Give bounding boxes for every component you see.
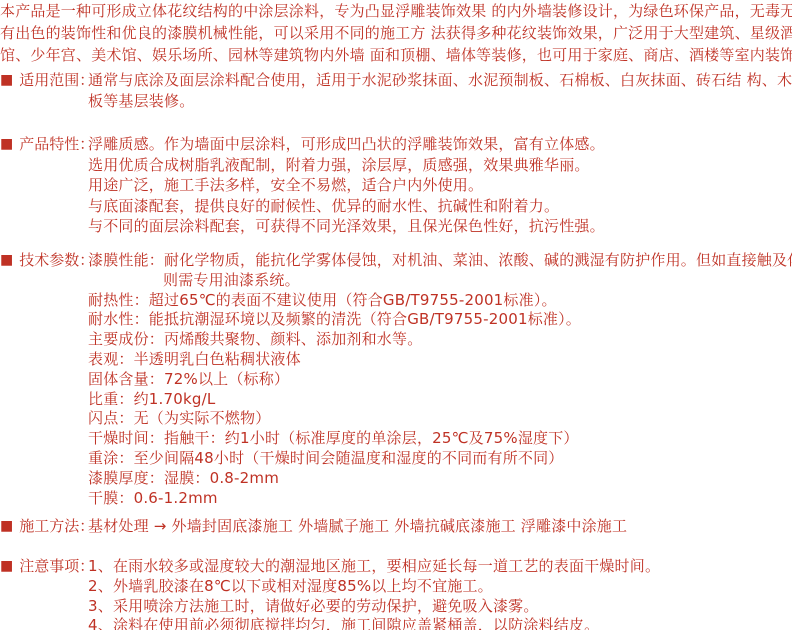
text-line: 耐热性：超过65℃的表面不建议使用（符合GB/T9755-2001标准）。 (88, 291, 792, 311)
intro-line: 有出色的装饰性和优良的漆膜机械性能，可以采用不同的施工方 法获得多种花纹装饰效果… (0, 22, 792, 44)
text-line: 1、在雨水较多或湿度较大的潮湿地区施工，要相应延长每一道工艺的表面干燥时间。 (88, 557, 792, 577)
square-bullet-icon: ■ (0, 557, 13, 577)
square-bullet-icon: ■ (0, 70, 13, 91)
section-header: ■ 技术参数： (0, 251, 94, 271)
text-line: 3、采用喷涂方法施工时，请做好必要的劳动保护，避免吸入漆雾。 (88, 597, 792, 617)
text-line: 干膜：0.6-1.2mm (88, 489, 792, 509)
text-line: 耐水性：能抵抗潮湿环境以及频繁的清洗（符合GB/T9755-2001标准）。 (88, 310, 792, 330)
text-line: 板等基层装修。 (88, 91, 792, 112)
text-line: 干燥时间：指触干：约1小时（标准厚度的单涂层，25℃及75%湿度下） (88, 429, 792, 449)
text-line: 则需专用油漆系统。 (88, 271, 792, 291)
text-line: 通常与底涂及面层涂料配合使用，适用于水泥砂浆抹面、水泥预制板、石棉板、白灰抹面、… (88, 70, 792, 91)
text-line: 2、外墙乳胶漆在8℃以下或相对湿度85%以上均不宜施工。 (88, 577, 792, 597)
text-line: 4、涂料在使用前必须彻底搅拌均匀，施工间隙应盖紧桶盖，以防涂料结皮。 (88, 616, 792, 630)
square-bullet-icon: ■ (0, 251, 13, 271)
section-title: 施工方法： (19, 517, 94, 537)
text-line: 闪点：无（为实际不燃物） (88, 409, 792, 429)
text-line: 主要成份：丙烯酸共聚物、颜料、添加剂和水等。 (88, 330, 792, 350)
text-line: 与底面漆配套，提供良好的耐候性、优异的耐水性、抗碱性和附着力。 (88, 196, 792, 217)
section-precautions: ■ 注意事项： 1、在雨水较多或湿度较大的潮湿地区施工，要相应延长每一道工艺的表… (0, 557, 792, 630)
text-line: 漆膜性能：耐化学物质，能抗化学雾体侵蚀，对机油、菜油、浓酸、碱的溅湿有防护作用。… (88, 251, 792, 271)
section-construction-method: ■ 施工方法： 基材处理 → 外墙封固底漆施工 外墙腻子施工 外墙抗碱底漆施工 … (0, 517, 792, 537)
square-bullet-icon: ■ (0, 517, 13, 537)
section-technical-parameters: ■ 技术参数： 漆膜性能：耐化学物质，能抗化学雾体侵蚀，对机油、菜油、浓酸、碱的… (0, 251, 792, 508)
text-line: 表观：半透明乳白色粘稠状液体 (88, 350, 792, 370)
text-line: 基材处理 → 外墙封固底漆施工 外墙腻子施工 外墙抗碱底漆施工 浮雕漆中涂施工 (88, 517, 792, 537)
text-line: 重涂：至少间隔48小时（干燥时间会随温度和湿度的不同而有所不同） (88, 449, 792, 469)
square-bullet-icon: ■ (0, 134, 13, 155)
section-product-features: ■ 产品特性： 浮雕质感。作为墙面中层涂料，可形成凹凸状的浮雕装饰效果，富有立体… (0, 134, 792, 237)
intro-line: 馆、少年宫、美术馆、娱乐场所、园林等建筑物内外墙 面和顶棚、墙体等装修，也可用于… (0, 44, 792, 66)
text-line: 固体含量：72%以上（标称） (88, 370, 792, 390)
section-header: ■ 注意事项： (0, 557, 94, 577)
text-line: 选用优质合成树脂乳液配制，附着力强，涂层厚，质感强，效果典雅华丽。 (88, 155, 792, 176)
section-header: ■ 产品特性： (0, 134, 94, 155)
intro-line: 本产品是一种可形成立体花纹结构的中涂层涂料，专为凸显浮雕装饰效果 的内外墙装修设… (0, 0, 792, 22)
section-title: 适用范围： (19, 70, 94, 91)
text-line: 浮雕质感。作为墙面中层涂料，可形成凹凸状的浮雕装饰效果，富有立体感。 (88, 134, 792, 155)
section-application-scope: ■ 适用范围： 通常与底涂及面层涂料配合使用，适用于水泥砂浆抹面、水泥预制板、石… (0, 70, 792, 111)
spec-sheet-page: 本产品是一种可形成立体花纹结构的中涂层涂料，专为凸显浮雕装饰效果 的内外墙装修设… (0, 0, 792, 630)
section-header: ■ 适用范围： (0, 70, 94, 91)
text-line: 比重：约1.70kg/L (88, 390, 792, 410)
section-title: 注意事项： (19, 557, 94, 577)
section-title: 产品特性： (19, 134, 94, 155)
section-title: 技术参数： (19, 251, 94, 271)
text-line: 漆膜厚度：湿膜：0.8-2mm (88, 469, 792, 489)
text-line: 与不同的面层涂料配套，可获得不同光泽效果，且保光保色性好，抗污性强。 (88, 216, 792, 237)
intro-paragraph: 本产品是一种可形成立体花纹结构的中涂层涂料，专为凸显浮雕装饰效果 的内外墙装修设… (0, 0, 792, 66)
text-line: 用途广泛，施工手法多样，安全不易燃，适合户内外使用。 (88, 175, 792, 196)
section-header: ■ 施工方法： (0, 517, 94, 537)
